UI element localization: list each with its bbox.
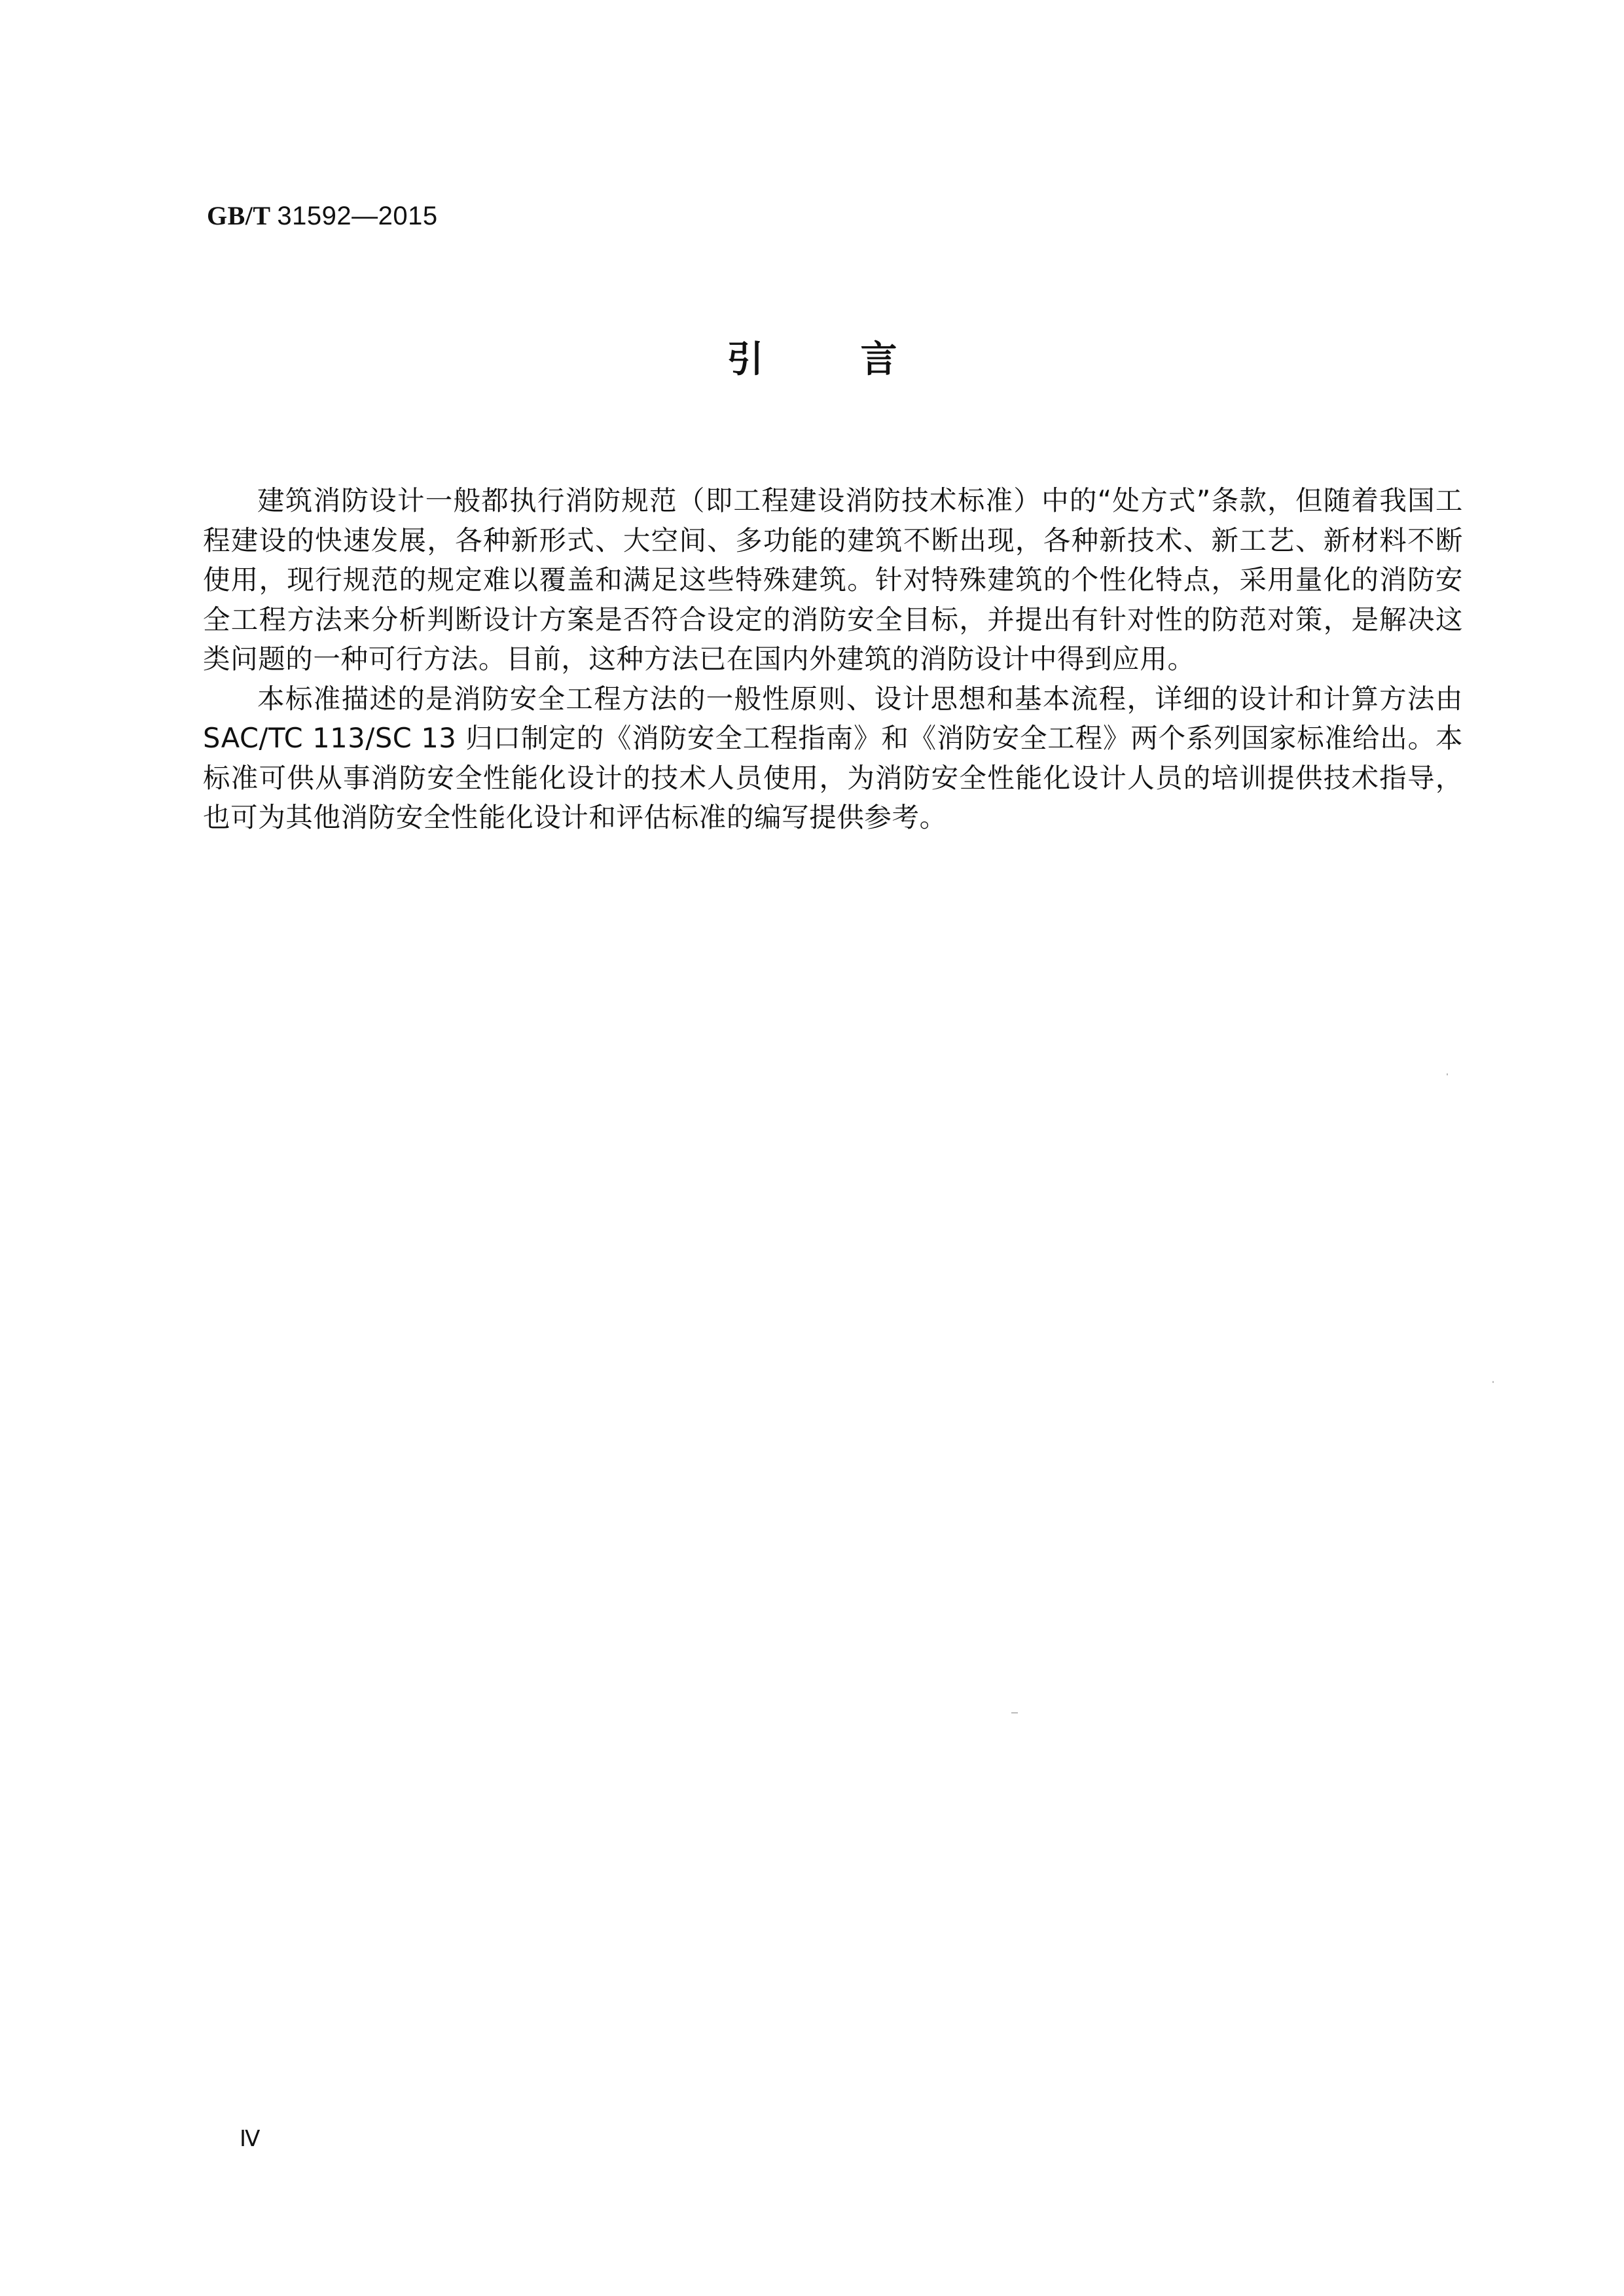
introduction-body: 建筑消防设计一般都执行消防规范（即工程建设消防技术标准）中的“处方式”条款，但随… bbox=[203, 481, 1463, 838]
scan-artifact bbox=[1492, 1381, 1494, 1383]
scan-artifact bbox=[1011, 1712, 1018, 1713]
paragraph-2: 本标准描述的是消防安全工程方法的一般性原则、设计思想和基本流程，详细的设计和计算… bbox=[203, 679, 1463, 838]
title-char-1: 引 bbox=[727, 337, 764, 383]
standard-prefix: GB/T bbox=[207, 201, 270, 230]
paragraph-1: 建筑消防设计一般都执行消防规范（即工程建设消防技术标准）中的“处方式”条款，但随… bbox=[203, 481, 1463, 679]
title-char-2: 言 bbox=[861, 337, 897, 383]
page-number: Ⅳ bbox=[240, 2126, 260, 2152]
scan-artifact bbox=[1447, 1073, 1448, 1075]
section-title: 引言 bbox=[0, 337, 1624, 383]
standard-code: GB/T 31592—2015 bbox=[207, 200, 438, 231]
standard-number: 31592—2015 bbox=[277, 202, 437, 230]
